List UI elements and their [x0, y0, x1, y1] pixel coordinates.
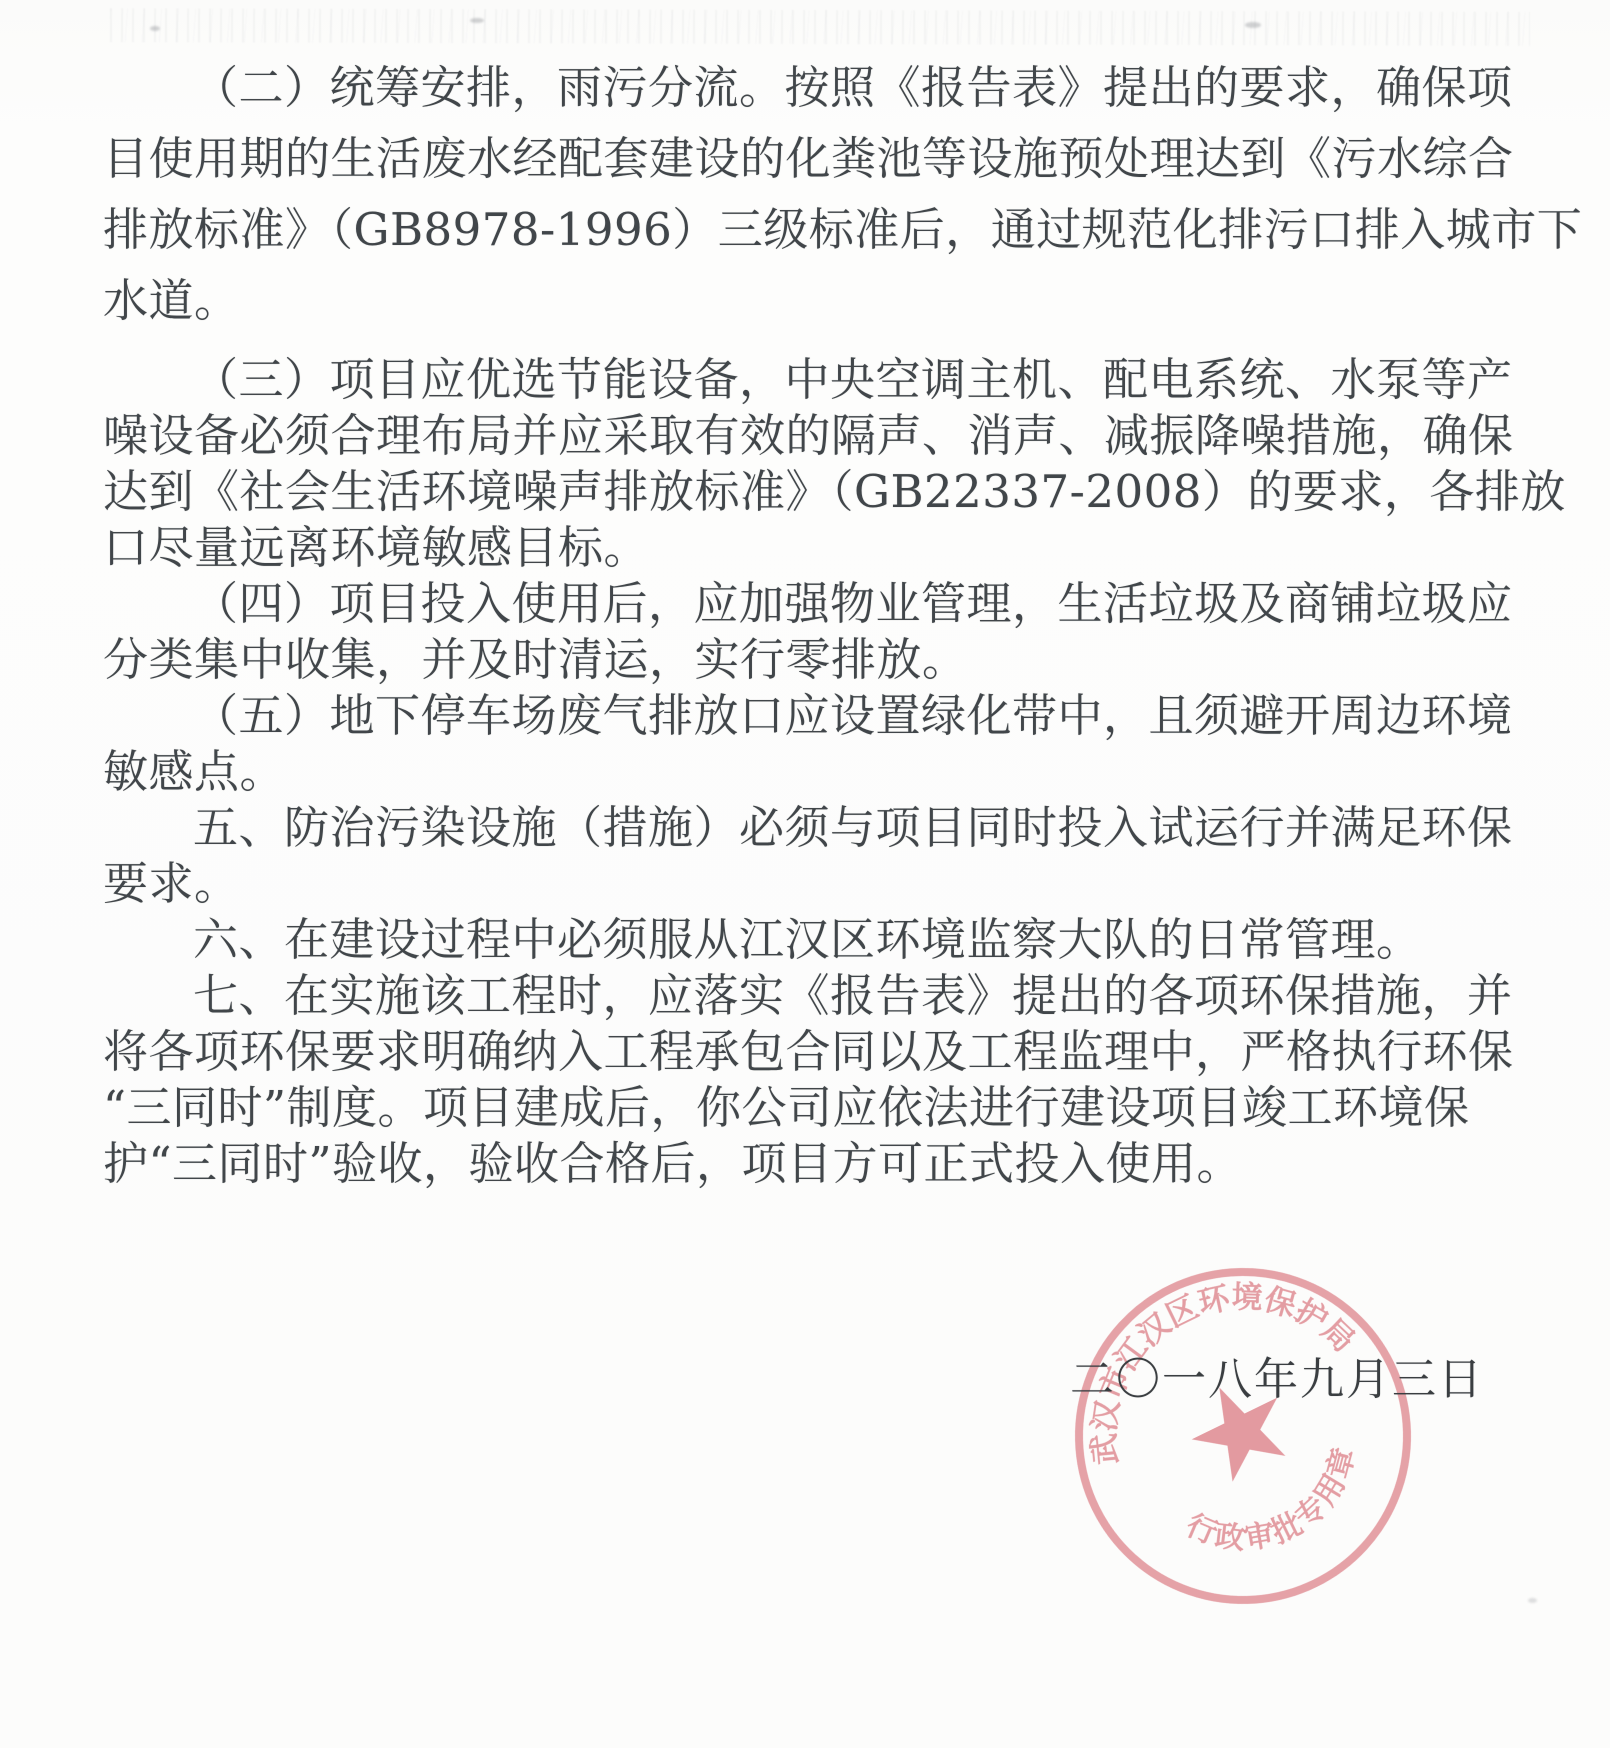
- text-line: 分类集中收集，并及时清运，实行零排放。: [103, 632, 1563, 688]
- text-line: 达到《社会生活环境噪声排放标准》（GB22337-2008）的要求，各排放: [103, 464, 1563, 520]
- text-line: 七、在实施该工程时，应落实《报告表》提出的各项环保措施，并: [103, 968, 1563, 1024]
- text-line: 噪设备必须合理布局并应采取有效的隔声、消声、减振降噪措施，确保: [103, 408, 1563, 464]
- document-body: （二）统筹安排，雨污分流。按照《报告表》提出的要求，确保项目使用期的生活废水经配…: [103, 52, 1563, 1192]
- text-line: 五、防治污染设施（措施）必须与项目同时投入试运行并满足环保: [103, 800, 1563, 856]
- scan-speck: [150, 26, 160, 31]
- paragraph: 六、在建设过程中必须服从江汉区环境监察大队的日常管理。: [103, 912, 1563, 968]
- scan-speck: [470, 18, 484, 23]
- text-line: （四）项目投入使用后，应加强物业管理，生活垃圾及商铺垃圾应: [103, 576, 1563, 632]
- text-line: “三同时”制度。项目建成后，你公司应依法进行建设项目竣工环境保: [103, 1080, 1563, 1136]
- document-page: （二）统筹安排，雨污分流。按照《报告表》提出的要求，确保项目使用期的生活废水经配…: [0, 0, 1610, 1748]
- scan-noise-band: [110, 8, 1530, 46]
- scan-speck: [1245, 22, 1261, 28]
- paragraph: （三）项目应优选节能设备，中央空调主机、配电系统、水泵等产噪设备必须合理布局并应…: [103, 352, 1563, 576]
- paragraph: 五、防治污染设施（措施）必须与项目同时投入试运行并满足环保要求。: [103, 800, 1563, 912]
- text-line: （五）地下停车场废气排放口应设置绿化带中，且须避开周边环境: [103, 688, 1563, 744]
- paragraph: 七、在实施该工程时，应落实《报告表》提出的各项环保措施，并将各项环保要求明确纳入…: [103, 968, 1563, 1192]
- text-line: （三）项目应优选节能设备，中央空调主机、配电系统、水泵等产: [103, 352, 1563, 408]
- text-line: 口尽量远离环境敏感目标。: [103, 520, 1563, 576]
- paragraph: （二）统筹安排，雨污分流。按照《报告表》提出的要求，确保项目使用期的生活废水经配…: [103, 52, 1563, 336]
- scan-speck: [1528, 1598, 1537, 1603]
- text-line: 将各项环保要求明确纳入工程承包合同以及工程监理中，严格执行环保: [103, 1024, 1563, 1080]
- text-line: 水道。: [103, 265, 1563, 336]
- document-date: 二〇一八年九月三日: [1070, 1352, 1484, 1408]
- paragraph: （四）项目投入使用后，应加强物业管理，生活垃圾及商铺垃圾应分类集中收集，并及时清…: [103, 576, 1563, 688]
- text-line: 护“三同时”验收，验收合格后，项目方可正式投入使用。: [103, 1136, 1563, 1192]
- paragraph: （五）地下停车场废气排放口应设置绿化带中，且须避开周边环境敏感点。: [103, 688, 1563, 800]
- text-line: 要求。: [103, 856, 1563, 912]
- text-line: 目使用期的生活废水经配套建设的化粪池等设施预处理达到《污水综合: [103, 123, 1563, 194]
- text-line: 排放标准》（GB8978-1996）三级标准后，通过规范化排污口排入城市下: [103, 194, 1563, 265]
- text-line: 敏感点。: [103, 744, 1563, 800]
- official-seal: 武汉市江汉区环境保护局 行政审批专用章: [1002, 1195, 1483, 1676]
- text-line: （二）统筹安排，雨污分流。按照《报告表》提出的要求，确保项: [103, 52, 1563, 123]
- text-line: 六、在建设过程中必须服从江汉区环境监察大队的日常管理。: [103, 912, 1563, 968]
